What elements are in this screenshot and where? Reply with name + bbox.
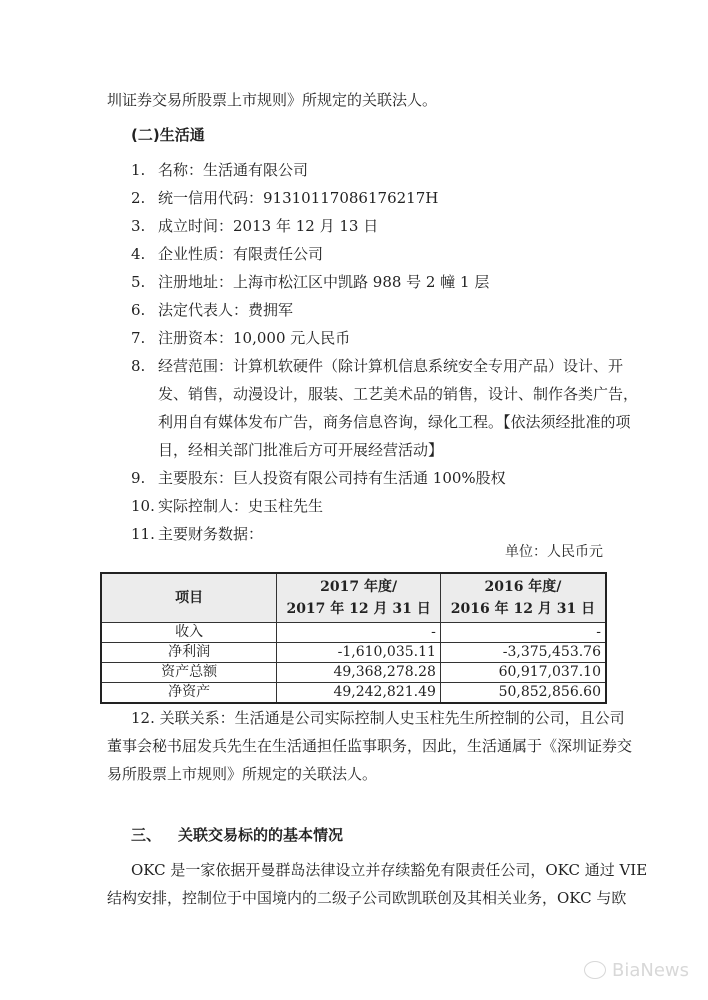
item12-line2: 董事会秘书屈发兵先生在生活通担任监事职务，因此，生活通属于《深圳证券交 [107, 736, 632, 756]
unit-label: 单位：人民币元 [505, 543, 603, 561]
wechat-icon [584, 961, 606, 979]
value-2016: 50,852,856.60 [440, 683, 606, 704]
table-row: 收入 - - [101, 623, 606, 643]
intro-line: 圳证券交易所股票上市规则》所规定的关联法人。 [107, 90, 437, 110]
value-2016: -3,375,453.76 [440, 643, 606, 663]
section3-title: 关联交易标的的基本情况 [178, 825, 343, 845]
item-text-cont: 发、销售，动漫设计，服装、工艺美术品的销售，设计、制作各类广告， [158, 384, 638, 404]
item-text: 注册资本：10,000 元人民币 [158, 328, 350, 348]
value-2017: 49,242,821.49 [277, 683, 441, 704]
item-number: 8. [131, 356, 145, 376]
watermark: BiaNews [612, 960, 689, 981]
item-number: 11. [131, 524, 155, 544]
item-text-cont: 目，经相关部门批准后方可开展经营活动】 [158, 440, 443, 460]
header-2017-line2: 2017 年 12 月 31 日 [281, 598, 436, 620]
row-label: 净利润 [101, 643, 277, 663]
item-text: 成立时间：2013 年 12 月 13 日 [158, 216, 378, 236]
header-2016-line2: 2016 年 12 月 31 日 [445, 598, 601, 620]
item-number: 9. [131, 468, 145, 488]
section3-line2: 结构安排，控制位于中国境内的二级子公司欧凯联创及其相关业务，OKC 与欧 [107, 888, 626, 908]
value-2017: 49,368,278.28 [277, 663, 441, 683]
table-row: 净利润 -1,610,035.11 -3,375,453.76 [101, 643, 606, 663]
row-label: 收入 [101, 623, 277, 643]
value-2017: - [277, 623, 441, 643]
row-label: 资产总额 [101, 663, 277, 683]
item-text: 统一信用代码：91310117086176217H [158, 188, 438, 208]
item-number: 4. [131, 244, 145, 264]
section-heading: (二)生活通 [131, 125, 205, 145]
item-text: 注册地址：上海市松江区中凯路 988 号 2 幢 1 层 [158, 272, 489, 292]
value-2017: -1,610,035.11 [277, 643, 441, 663]
section3-number: 三、 [131, 825, 161, 845]
item-text-cont: 利用自有媒体发布广告，商务信息咨询，绿化工程。【依法须经批准的项 [158, 412, 631, 432]
item-number: 3. [131, 216, 145, 236]
item-number: 1. [131, 160, 145, 180]
row-label: 净资产 [101, 683, 277, 704]
item-number: 5. [131, 272, 145, 292]
header-2017-line1: 2017 年度/ [281, 576, 436, 598]
financial-table: 项目 2017 年度/2017 年 12 月 31 日 2016 年度/2016… [100, 572, 607, 704]
item-number: 10. [131, 496, 155, 516]
item-text: 主要财务数据： [158, 524, 263, 544]
item-number: 2. [131, 188, 145, 208]
item-text: 企业性质：有限责任公司 [158, 244, 323, 264]
value-2016: 60,917,037.10 [440, 663, 606, 683]
table-row: 资产总额 49,368,278.28 60,917,037.10 [101, 663, 606, 683]
header-2017: 2017 年度/2017 年 12 月 31 日 [277, 573, 441, 623]
item-text: 法定代表人：费拥军 [158, 300, 293, 320]
section3-line1: OKC 是一家依据开曼群岛法律设立并存续豁免有限责任公司，OKC 通过 VIE [131, 860, 647, 880]
item-text: 主要股东：巨人投资有限公司持有生活通 100%股权 [158, 468, 506, 488]
item-number: 7. [131, 328, 145, 348]
header-2016: 2016 年度/2016 年 12 月 31 日 [440, 573, 606, 623]
item-number: 6. [131, 300, 145, 320]
table-row: 净资产 49,242,821.49 50,852,856.60 [101, 683, 606, 704]
header-2016-line1: 2016 年度/ [445, 576, 601, 598]
item-text: 经营范围：计算机软硬件（除计算机信息系统安全专用产品）设计、开 [158, 356, 623, 376]
table-header-row: 项目 2017 年度/2017 年 12 月 31 日 2016 年度/2016… [101, 573, 606, 623]
header-item: 项目 [101, 573, 277, 623]
value-2016: - [440, 623, 606, 643]
item12-line1: 12. 关联关系：生活通是公司实际控制人史玉柱先生所控制的公司，且公司 [131, 708, 625, 728]
item12-line3: 易所股票上市规则》所规定的关联法人。 [107, 764, 377, 784]
item-text: 实际控制人：史玉柱先生 [158, 496, 323, 516]
item-text: 名称：生活通有限公司 [158, 160, 308, 180]
